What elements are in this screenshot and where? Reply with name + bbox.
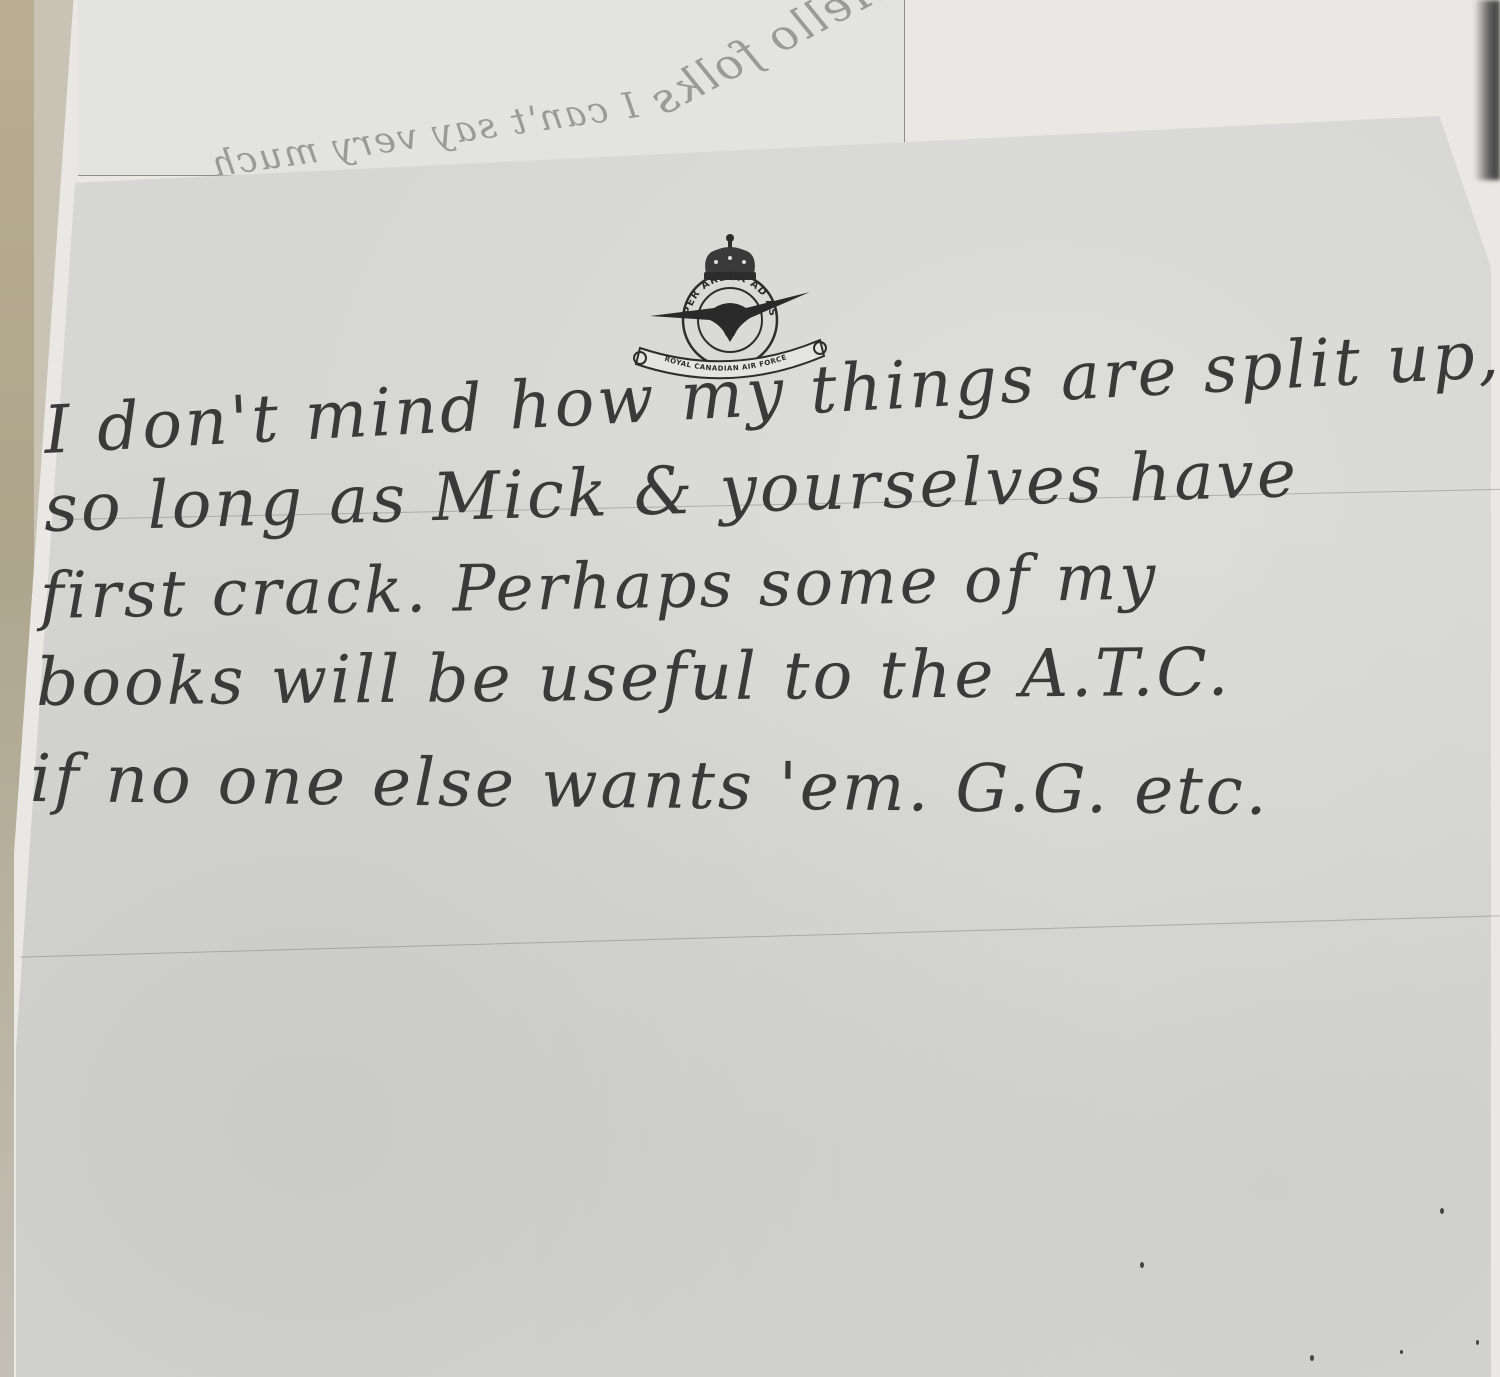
bleed-through-text-line-1: Hello folks (641, 0, 896, 127)
scan-edge-shadow (1474, 0, 1500, 180)
dust-speck (1440, 1208, 1444, 1214)
dust-speck (1400, 1350, 1403, 1354)
dust-speck (1140, 1262, 1144, 1268)
handwritten-line-5: if no one else wants 'em. G.G. etc. (30, 740, 1271, 830)
dust-speck (1476, 1340, 1479, 1345)
crest-motto: PER ARDUA AD ASTRA (630, 228, 778, 318)
dust-speck (1310, 1355, 1314, 1361)
handwritten-line-4: books will be useful to the A.T.C. (36, 634, 1232, 721)
